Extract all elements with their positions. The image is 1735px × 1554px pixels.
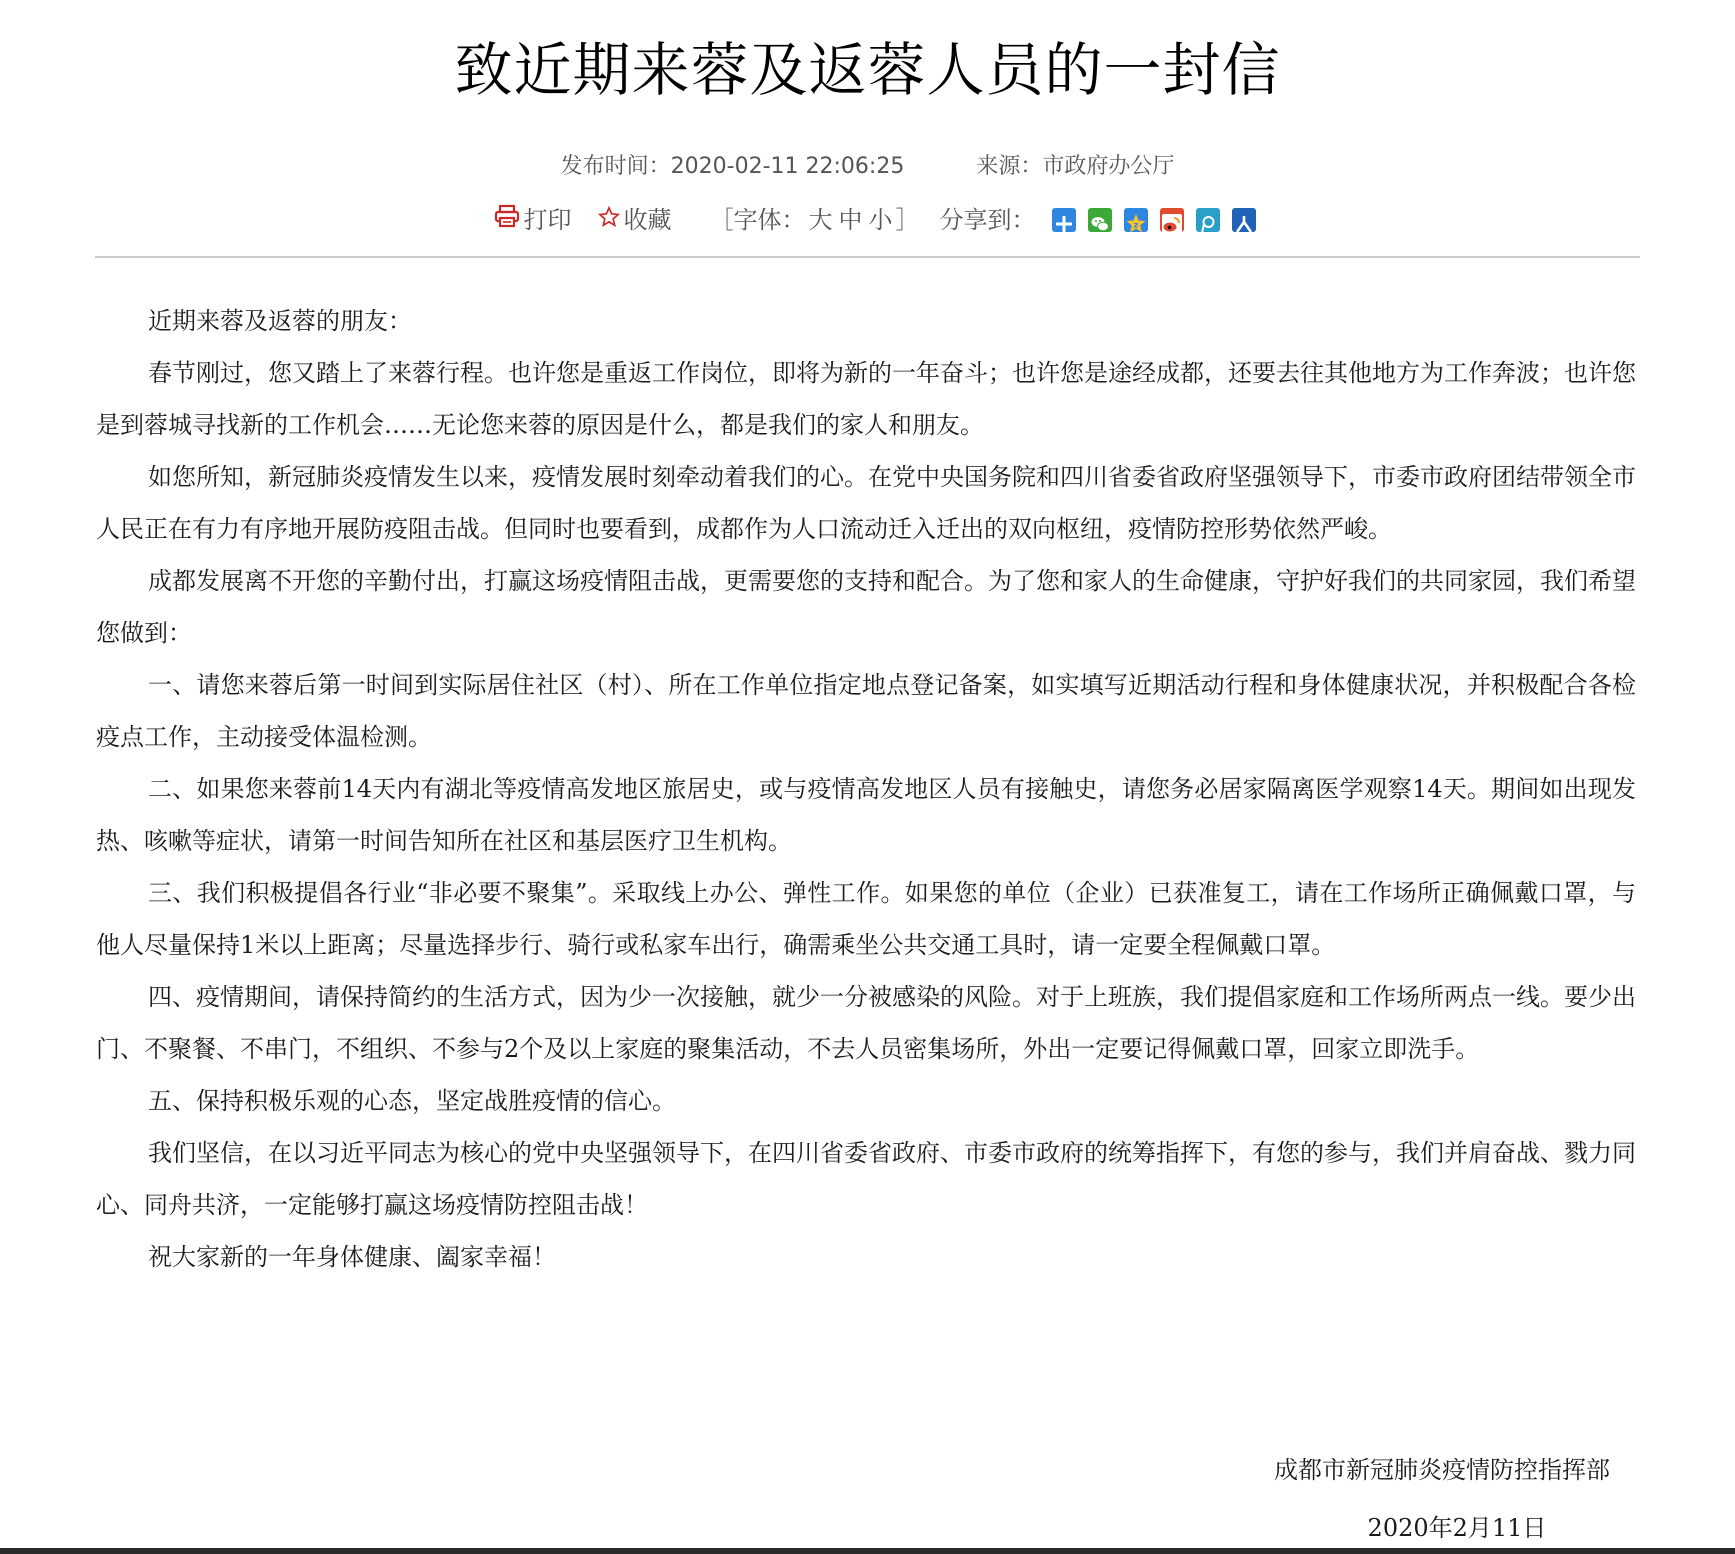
wechat-icon[interactable] [1088,208,1112,232]
paragraph: 三、我们积极提倡各行业“非必要不聚集”。采取线上办公、弹性工作。如果您的单位（企… [96,867,1636,971]
paragraph: 我们坚信，在以习近平同志为核心的党中央坚强领导下，在四川省委省政府、市委市政府的… [96,1127,1636,1231]
paragraph: 二、如果您来蓉前14天内有湖北等疫情高发地区旅居史，或与疫情高发地区人员有接触史… [96,763,1636,867]
star-icon [598,200,620,240]
paragraph: 一、请您来蓉后第一时间到实际居住社区（村）、所在工作单位指定地点登记备案，如实填… [96,659,1636,763]
font-size-label: ［字体： [710,206,806,234]
bottom-bar [0,1548,1735,1554]
source-label: 来源： [976,154,1042,179]
paragraph: 如您所知，新冠肺炎疫情发生以来，疫情发展时刻牵动着我们的心。在党中央国务院和四川… [96,451,1636,555]
font-size-bracket: ］ [896,206,920,234]
svg-text:z: z [1133,221,1138,230]
more-share-icon[interactable] [1052,208,1076,232]
paragraph: 春节刚过，您又踏上了来蓉行程。也许您是重返工作岗位，即将为新的一年奋斗；也许您是… [96,347,1636,451]
paragraph: 成都发展离不开您的辛勤付出，打赢这场疫情阻击战，更需要您的支持和配合。为了您和家… [96,555,1636,659]
article-toolbar: 打印 收藏 ［字体：大中小］ 分享到： z [0,200,1735,240]
source-value: 市政府办公厅 [1042,154,1174,179]
article-body: 近期来蓉及返蓉的朋友： 春节刚过，您又踏上了来蓉行程。也许您是重返工作岗位，即将… [96,295,1636,1283]
signature-date: 2020年2月11日 [1274,1499,1610,1554]
page-title: 致近期来蓉及返蓉人员的一封信 [0,30,1735,110]
article-meta: 发布时间：2020-02-11 22:06:25 来源：市政府办公厅 [0,150,1735,184]
printer-icon [494,200,520,240]
article-page: 致近期来蓉及返蓉人员的一封信 发布时间：2020-02-11 22:06:25 … [0,0,1735,1554]
print-button[interactable]: 打印 [494,200,572,240]
qzone-icon[interactable]: z [1124,208,1148,232]
signature-organization: 成都市新冠肺炎疫情防控指挥部 [1274,1441,1610,1499]
paragraph: 五、保持积极乐观的心态，坚定战胜疫情的信心。 [96,1075,1636,1127]
renren-icon[interactable] [1232,208,1256,232]
paragraph: 祝大家新的一年身体健康、阖家幸福！ [96,1231,1636,1283]
print-label: 打印 [524,200,572,240]
font-size-large-button[interactable]: 大 [809,206,833,234]
share-label: 分享到： [940,200,1036,240]
signature-block: 成都市新冠肺炎疫情防控指挥部 2020年2月11日 [1274,1441,1610,1554]
font-size-small-button[interactable]: 小 [869,206,893,234]
header-divider [95,256,1640,258]
publish-time: 2020-02-11 22:06:25 [671,154,905,179]
weibo-icon[interactable] [1160,208,1184,232]
favorite-button[interactable]: 收藏 [598,200,672,240]
greeting: 近期来蓉及返蓉的朋友： [96,295,1636,347]
tencent-weibo-icon[interactable] [1196,208,1220,232]
font-size-medium-button[interactable]: 中 [839,206,863,234]
publish-time-label: 发布时间： [561,154,671,179]
paragraph: 四、疫情期间，请保持简约的生活方式，因为少一次接触，就少一分被感染的风险。对于上… [96,971,1636,1075]
favorite-label: 收藏 [624,200,672,240]
font-size-selector: ［字体：大中小］ [710,200,920,240]
